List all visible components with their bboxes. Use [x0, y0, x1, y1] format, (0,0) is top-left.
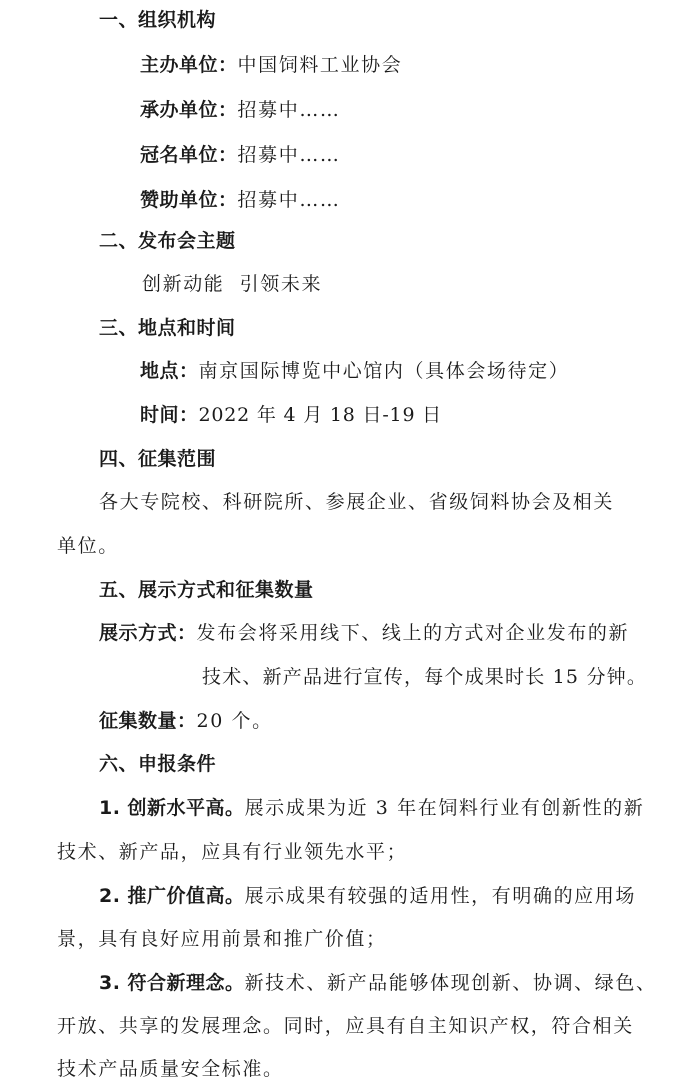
title-sponsor-value: 招募中……: [238, 144, 341, 166]
condition-1-line-1: 展示成果为近 3 年在饲料行业有创新性的新: [245, 797, 645, 819]
section-heading-scope: 四、征集范围: [99, 447, 216, 471]
condition-1: 1. 创新水平高。展示成果为近 3 年在饲料行业有创新性的新: [99, 796, 644, 820]
scope-line-1: 各大专院校、科研院所、参展企业、省级饲料协会及相关: [99, 490, 614, 514]
display-method-line-2: 技术、新产品进行宣传，每个成果时长 15 分钟。: [202, 665, 647, 689]
quantity-label: 征集数量：: [99, 710, 197, 732]
condition-2-line-1: 展示成果有较强的适用性，有明确的应用场: [245, 885, 636, 907]
section-heading-conditions: 六、申报条件: [99, 752, 216, 776]
location-value: 南京国际博览中心馆内（具体会场待定）: [199, 360, 570, 382]
condition-2-line-2: 景，具有良好应用前景和推广价值；: [57, 927, 387, 951]
sponsor-value: 招募中……: [238, 189, 341, 211]
condition-3-line-2: 开放、共享的发展理念。同时，应具有自主知识产权，符合相关: [57, 1014, 634, 1038]
condition-3-line-3: 技术产品质量安全标准。: [57, 1057, 284, 1081]
condition-3-title: 3. 符合新理念。: [99, 972, 245, 994]
sponsor-row: 赞助单位：招募中……: [140, 188, 341, 212]
co-organizer-label: 承办单位：: [140, 99, 238, 121]
condition-2: 2. 推广价值高。展示成果有较强的适用性，有明确的应用场: [99, 884, 636, 908]
title-sponsor-label: 冠名单位：: [140, 144, 238, 166]
condition-3-line-1: 新技术、新产品能够体现创新、协调、绿色、: [245, 972, 657, 994]
organizer-label: 主办单位：: [140, 54, 238, 76]
condition-1-line-2: 技术、新产品，应具有行业领先水平；: [57, 840, 407, 864]
co-organizer-row: 承办单位：招募中……: [140, 98, 341, 122]
quantity-value: 20 个。: [197, 710, 273, 732]
organizer-row: 主办单位：中国饲料工业协会: [140, 53, 402, 77]
time-value: 2022 年 4 月 18 日-19 日: [199, 404, 442, 426]
section-heading-organization: 一、组织机构: [99, 8, 216, 32]
section-heading-location-time: 三、地点和时间: [99, 316, 236, 340]
scope-line-2: 单位。: [57, 534, 119, 558]
display-method-label: 展示方式：: [99, 622, 197, 644]
condition-3: 3. 符合新理念。新技术、新产品能够体现创新、协调、绿色、: [99, 971, 657, 995]
location-label: 地点：: [140, 360, 199, 382]
theme-text: 创新动能 引领未来: [142, 272, 322, 296]
section-heading-theme: 二、发布会主题: [99, 229, 236, 253]
display-method-row: 展示方式：发布会将采用线下、线上的方式对企业发布的新: [99, 621, 629, 645]
sponsor-label: 赞助单位：: [140, 189, 238, 211]
condition-2-title: 2. 推广价值高。: [99, 885, 245, 907]
time-label: 时间：: [140, 404, 199, 426]
condition-1-title: 1. 创新水平高。: [99, 797, 245, 819]
organizer-value: 中国饲料工业协会: [238, 54, 403, 76]
title-sponsor-row: 冠名单位：招募中……: [140, 143, 341, 167]
display-method-line-1: 发布会将采用线下、线上的方式对企业发布的新: [197, 622, 630, 644]
section-heading-display-method: 五、展示方式和征集数量: [99, 578, 314, 602]
co-organizer-value: 招募中……: [238, 99, 341, 121]
quantity-row: 征集数量：20 个。: [99, 709, 273, 733]
time-row: 时间：2022 年 4 月 18 日-19 日: [140, 403, 442, 427]
location-row: 地点：南京国际博览中心馆内（具体会场待定）: [140, 359, 569, 383]
